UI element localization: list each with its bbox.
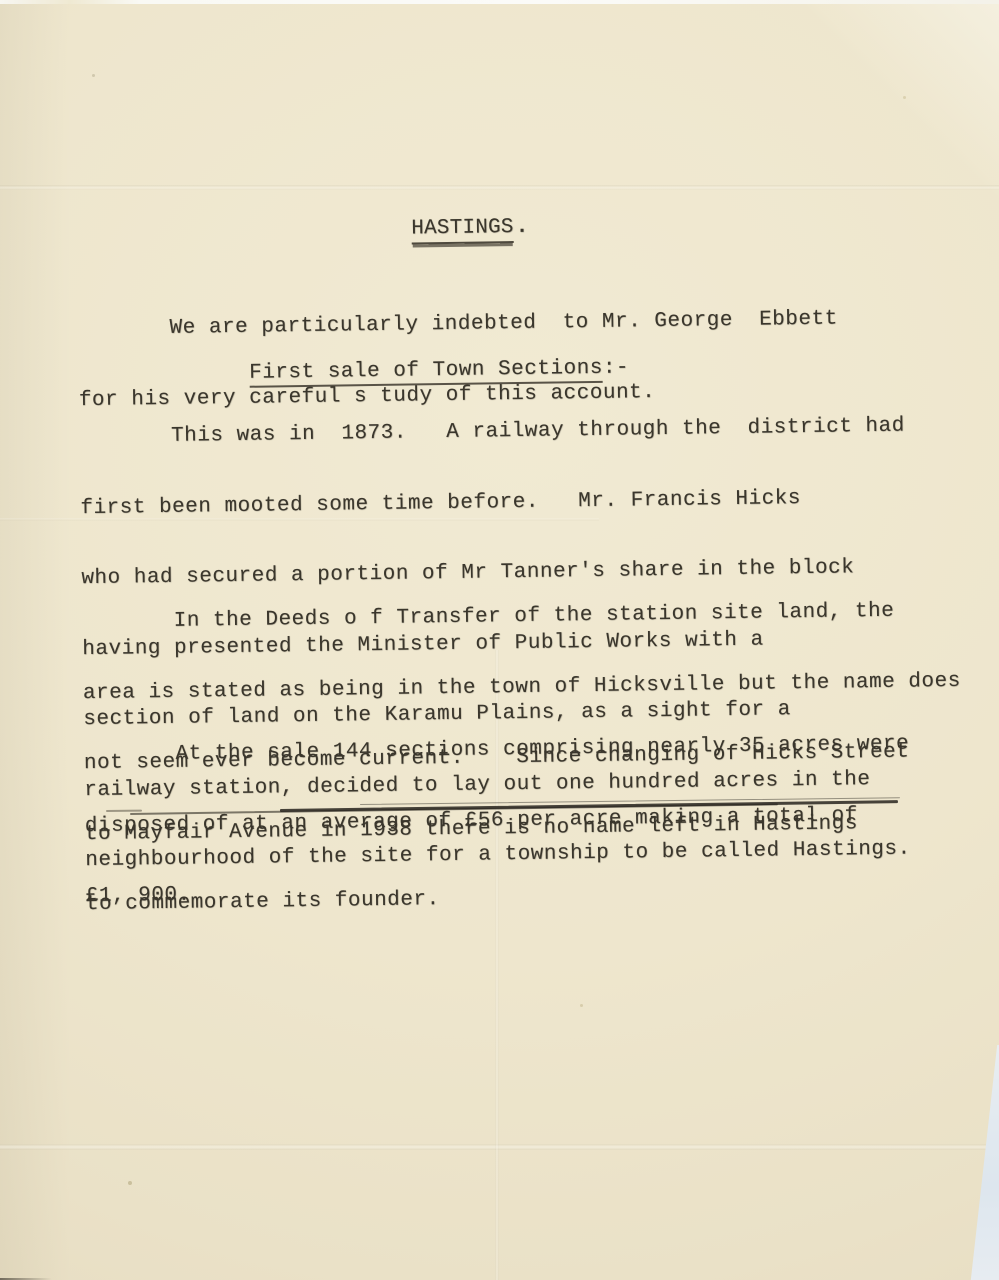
document-title-text: HASTINGS bbox=[411, 216, 514, 244]
section-heading: First sale of Town Sections:- bbox=[170, 331, 629, 362]
text-line: In the Deeds o f Transfer of the station… bbox=[82, 599, 960, 636]
paragraph-sale-totals: At the sale 144 sections comprising near… bbox=[83, 687, 912, 956]
typewritten-content: HASTINGS. We are particularly indebted t… bbox=[0, 0, 999, 1280]
text-line: £1, 900. bbox=[86, 874, 912, 910]
text-line: This was in 1873. A railway through the … bbox=[79, 415, 905, 451]
document-title-inner: HASTINGS. bbox=[411, 215, 529, 242]
scanned-letter-page: HASTINGS. We are particularly indebted t… bbox=[0, 0, 999, 1280]
text-line: At the sale 144 sections comprising near… bbox=[84, 733, 910, 769]
document-title-period: . bbox=[514, 216, 529, 239]
document-title: HASTINGS. bbox=[0, 208, 996, 247]
text-line: first been mooted some time before. Mr. … bbox=[80, 485, 906, 521]
rule-stroke-dash bbox=[106, 810, 142, 812]
